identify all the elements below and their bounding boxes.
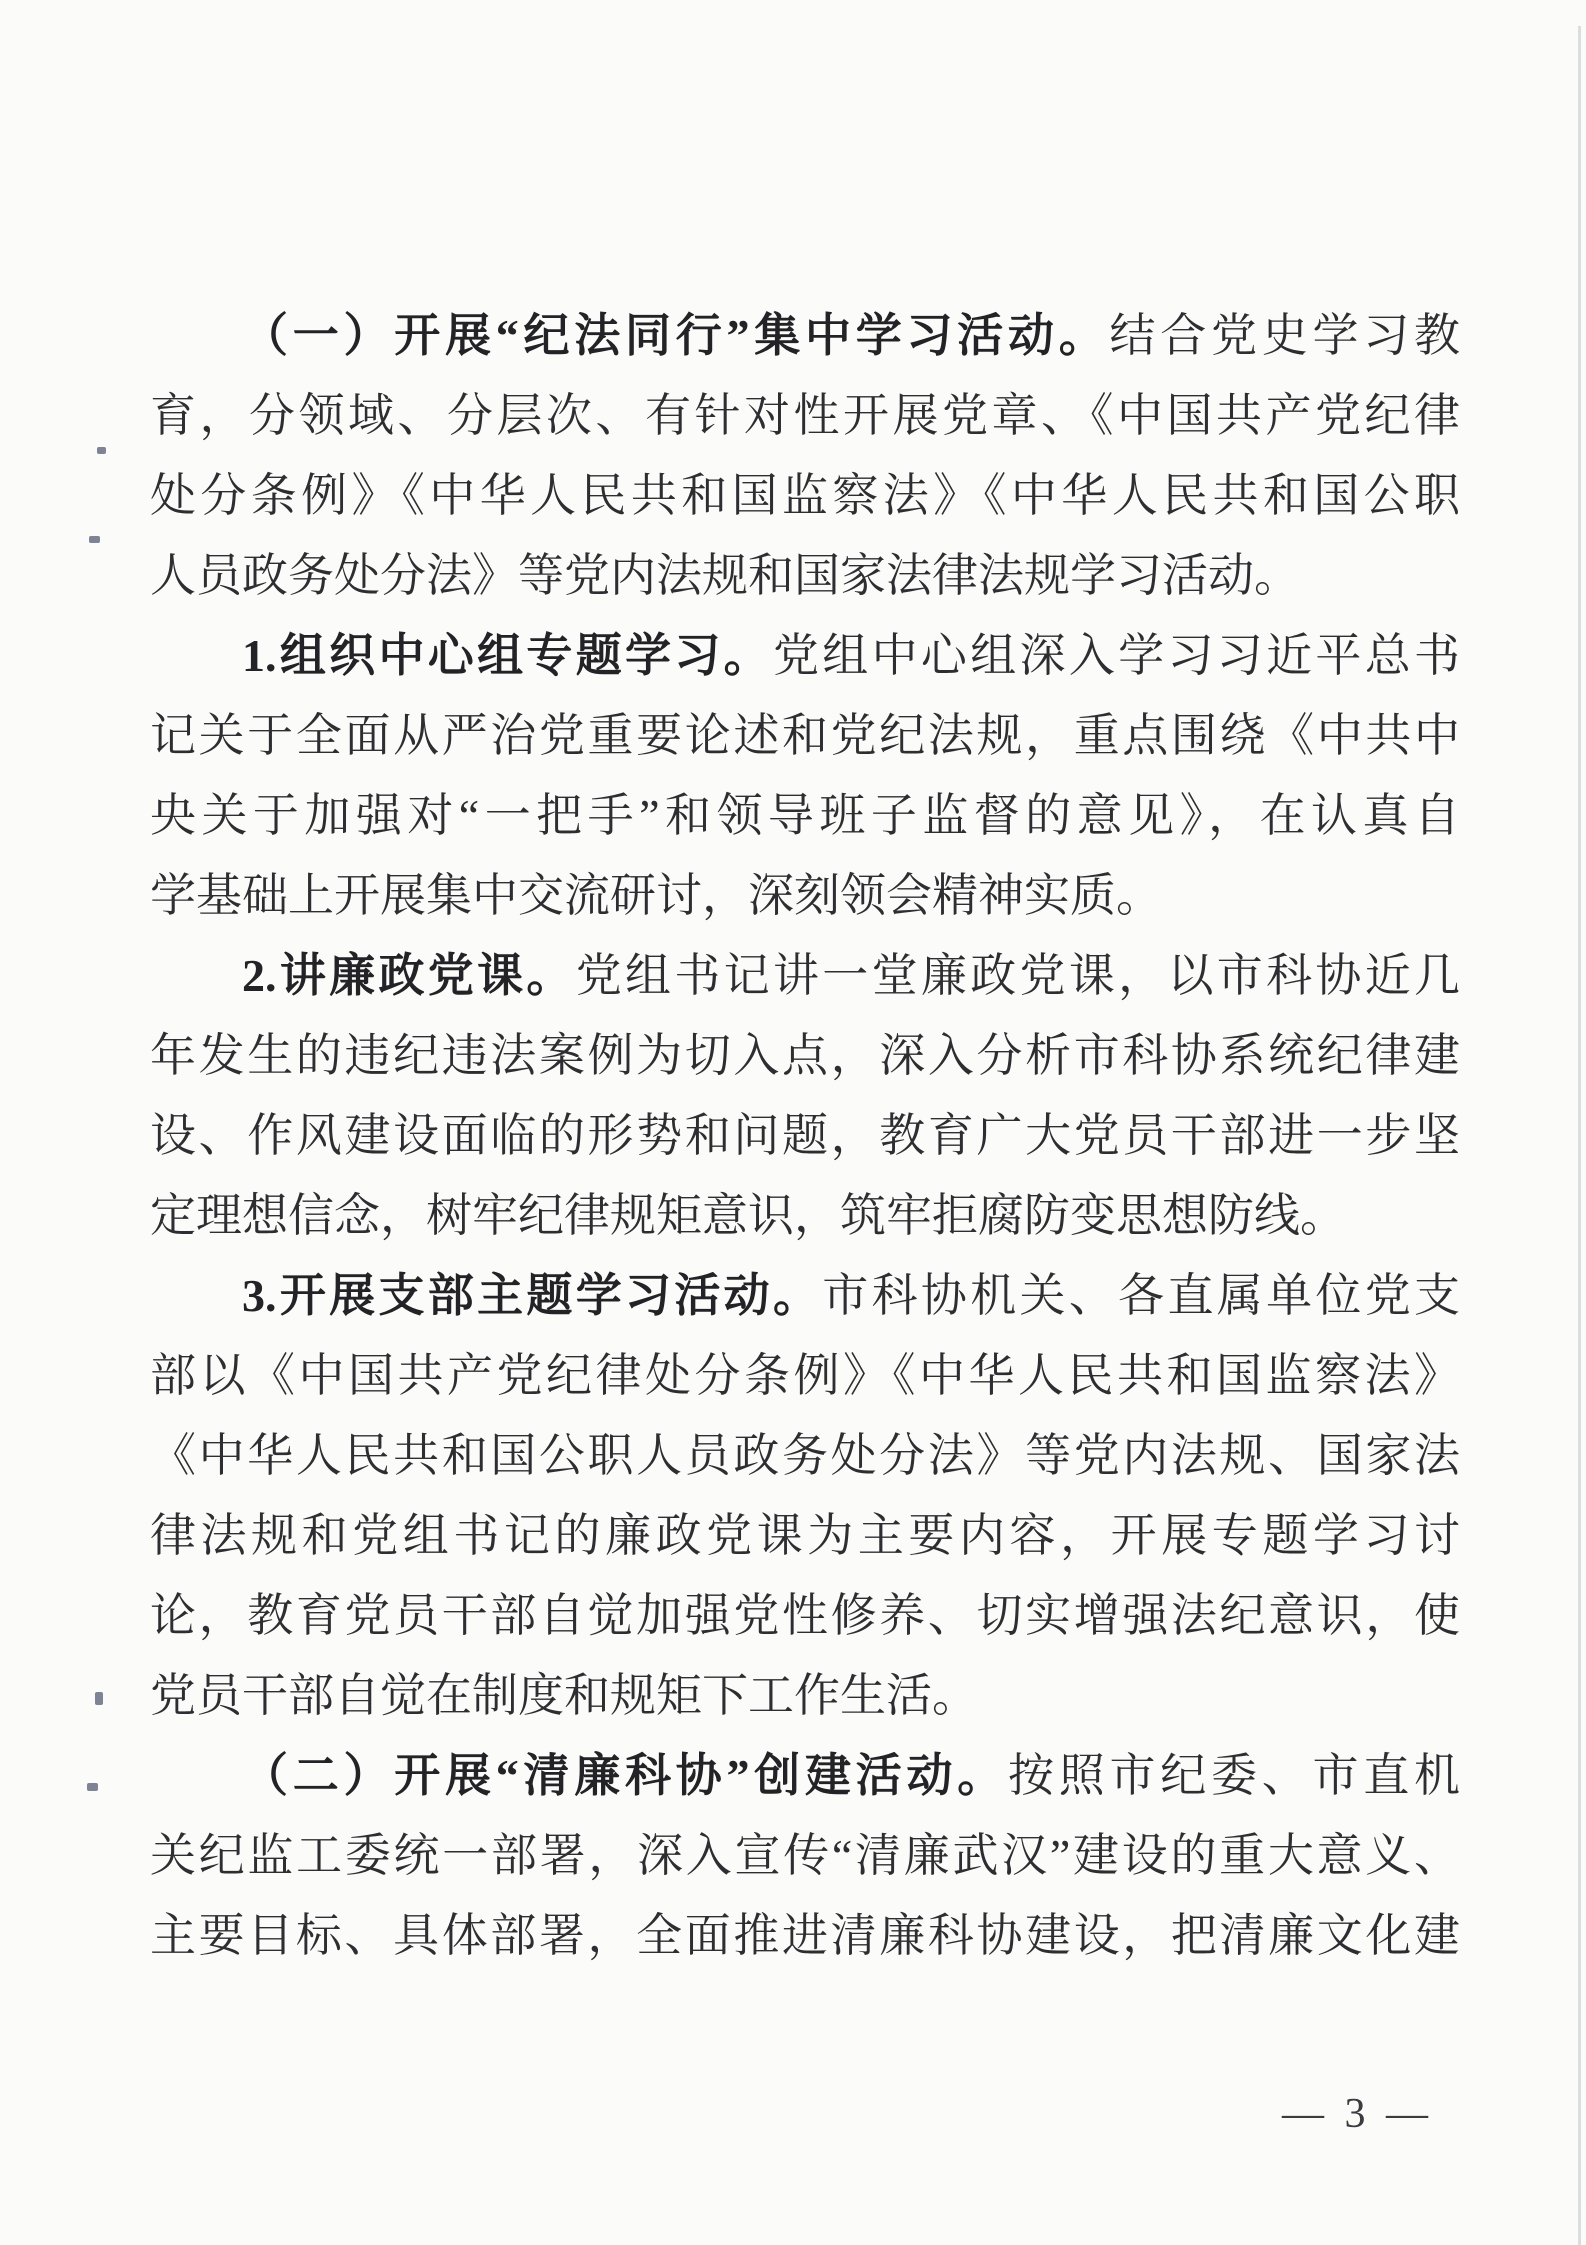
line-text: 关纪监工委统一部署，深入宣传“清廉武汉”建设的重大意义、 bbox=[150, 1830, 1460, 1881]
text-line: 1.组织中心组专题学习。党组中心组深入学习习近平总书 bbox=[150, 616, 1460, 696]
line-text: 按照市纪委、市直机 bbox=[1008, 1750, 1460, 1801]
text-line: 央关于加强对“一把手”和领导班子监督的意见》，在认真自 bbox=[150, 776, 1460, 856]
line-text: 党组中心组深入学习习近平总书 bbox=[773, 630, 1460, 681]
scan-edge-artifact bbox=[1578, 26, 1581, 2245]
line-text: 党组书记讲一堂廉政党课，以市科协近几 bbox=[576, 950, 1460, 1001]
text-line: 部以《中国共产党纪律处分条例》《中华人民共和国监察法》 bbox=[150, 1336, 1460, 1416]
line-text: 学基础上开展集中交流研讨，深刻领会精神实质。 bbox=[150, 870, 1162, 921]
line-text: 记关于全面从严治党重要论述和党纪法规，重点围绕《中共中 bbox=[150, 710, 1460, 761]
text-line: 2.讲廉政党课。党组书记讲一堂廉政党课，以市科协近几 bbox=[150, 936, 1460, 1016]
line-text: 部以《中国共产党纪律处分条例》《中华人民共和国监察法》 bbox=[150, 1350, 1460, 1401]
text-line: 《中华人民共和国公职人员政务处分法》等党内法规、国家法 bbox=[150, 1416, 1460, 1496]
text-line: 记关于全面从严治党重要论述和党纪法规，重点围绕《中共中 bbox=[150, 696, 1460, 776]
text-line: 关纪监工委统一部署，深入宣传“清廉武汉”建设的重大意义、 bbox=[150, 1816, 1460, 1896]
text-line: （二）开展“清廉科协”创建活动。按照市纪委、市直机 bbox=[150, 1736, 1460, 1816]
line-text: 处分条例》《中华人民共和国监察法》《中华人民共和国公职 bbox=[150, 470, 1460, 521]
scan-speck bbox=[97, 447, 106, 454]
text-line: （一）开展“纪法同行”集中学习活动。结合党史学习教 bbox=[150, 296, 1460, 376]
text-line: 定理想信念，树牢纪律规矩意识，筑牢拒腐防变思想防线。 bbox=[150, 1176, 1460, 1256]
paragraph-lead: 2.讲廉政党课。 bbox=[242, 950, 576, 1001]
text-line: 人员政务处分法》等党内法规和国家法律法规学习活动。 bbox=[150, 536, 1460, 616]
line-text: 人员政务处分法》等党内法规和国家法律法规学习活动。 bbox=[150, 550, 1300, 601]
scan-speck bbox=[87, 1783, 98, 1791]
text-line: 主要目标、具体部署，全面推进清廉科协建设，把清廉文化建 bbox=[150, 1896, 1460, 1976]
line-text: 央关于加强对“一把手”和领导班子监督的意见》，在认真自 bbox=[150, 790, 1460, 841]
paragraph-lead: 3.开展支部主题学习活动。 bbox=[242, 1270, 822, 1321]
line-text: 育，分领域、分层次、有针对性开展党章、《中国共产党纪律 bbox=[150, 390, 1460, 441]
line-text: 《中华人民共和国公职人员政务处分法》等党内法规、国家法 bbox=[150, 1430, 1460, 1481]
text-line: 处分条例》《中华人民共和国监察法》《中华人民共和国公职 bbox=[150, 456, 1460, 536]
text-line: 党员干部自觉在制度和规矩下工作生活。 bbox=[150, 1656, 1460, 1736]
paragraph-lead: 1.组织中心组专题学习。 bbox=[242, 630, 773, 681]
document-body: （一）开展“纪法同行”集中学习活动。结合党史学习教 育，分领域、分层次、有针对性… bbox=[150, 296, 1460, 1976]
line-text: 年发生的违纪违法案例为切入点，深入分析市科协系统纪律建 bbox=[150, 1030, 1460, 1081]
page-number: — 3 — bbox=[1282, 2090, 1433, 2138]
line-text: 设、作风建设面临的形势和问题，教育广大党员干部进一步坚 bbox=[150, 1110, 1460, 1161]
scan-speck bbox=[89, 536, 100, 543]
line-text: 党员干部自觉在制度和规矩下工作生活。 bbox=[150, 1670, 978, 1721]
document-page: （一）开展“纪法同行”集中学习活动。结合党史学习教 育，分领域、分层次、有针对性… bbox=[0, 0, 1586, 2245]
text-line: 学基础上开展集中交流研讨，深刻领会精神实质。 bbox=[150, 856, 1460, 936]
text-line: 律法规和党组书记的廉政党课为主要内容，开展专题学习讨 bbox=[150, 1496, 1460, 1576]
text-line: 设、作风建设面临的形势和问题，教育广大党员干部进一步坚 bbox=[150, 1096, 1460, 1176]
line-text: 主要目标、具体部署，全面推进清廉科协建设，把清廉文化建 bbox=[150, 1910, 1460, 1961]
scan-speck bbox=[95, 1692, 103, 1705]
text-line: 年发生的违纪违法案例为切入点，深入分析市科协系统纪律建 bbox=[150, 1016, 1460, 1096]
text-line: 论，教育党员干部自觉加强党性修养、切实增强法纪意识，使 bbox=[150, 1576, 1460, 1656]
line-text: 定理想信念，树牢纪律规矩意识，筑牢拒腐防变思想防线。 bbox=[150, 1190, 1346, 1241]
line-text: 结合党史学习教 bbox=[1110, 310, 1461, 361]
text-line: 3.开展支部主题学习活动。市科协机关、各直属单位党支 bbox=[150, 1256, 1460, 1336]
line-text: 律法规和党组书记的廉政党课为主要内容，开展专题学习讨 bbox=[150, 1510, 1460, 1561]
text-line: 育，分领域、分层次、有针对性开展党章、《中国共产党纪律 bbox=[150, 376, 1460, 456]
line-text: 市科协机关、各直属单位党支 bbox=[822, 1270, 1460, 1321]
paragraph-lead: （一）开展“纪法同行”集中学习活动。 bbox=[242, 310, 1110, 361]
line-text: 论，教育党员干部自觉加强党性修养、切实增强法纪意识，使 bbox=[150, 1590, 1460, 1641]
paragraph-lead: （二）开展“清廉科协”创建活动。 bbox=[242, 1750, 1008, 1801]
